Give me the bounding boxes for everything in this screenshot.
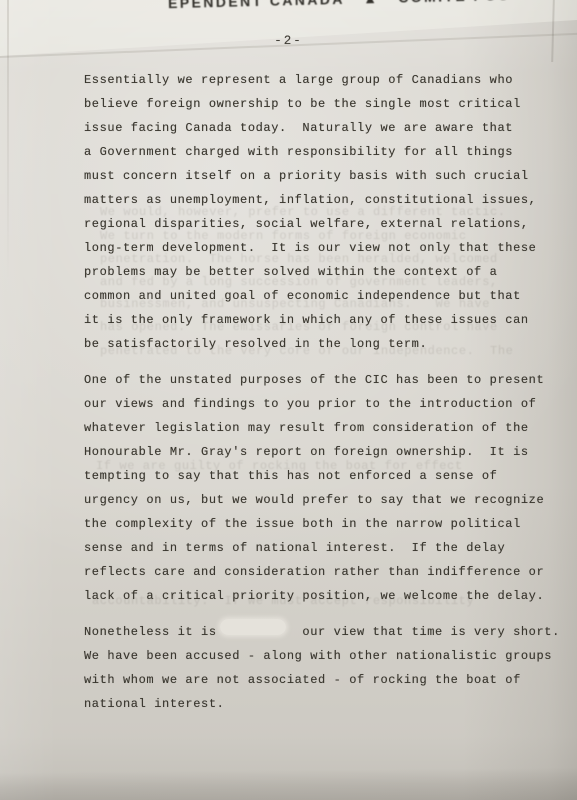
letterhead-fragment-text: EPENDENT CANADA ▲ COMITÉ POU [168, 0, 511, 11]
paragraph-2: One of the unstated purposes of the CIC … [84, 368, 564, 608]
page-number: -2- [0, 34, 577, 48]
scanned-document-page: EPENDENT CANADA ▲ COMITÉ POU -2- We woul… [0, 0, 577, 800]
whiteout-correction-patch [220, 619, 286, 635]
typed-text-body: Essentially we represent a large group o… [84, 68, 564, 728]
paper-right-edge [551, 0, 555, 62]
paper-bottom-shadow [0, 767, 577, 800]
letterhead-cutoff: EPENDENT CANADA ▲ COMITÉ POU [0, 0, 577, 13]
paragraph-1: Essentially we represent a large group o… [84, 68, 564, 356]
paragraph-3: Nonetheless it is our view that time is … [84, 620, 564, 716]
